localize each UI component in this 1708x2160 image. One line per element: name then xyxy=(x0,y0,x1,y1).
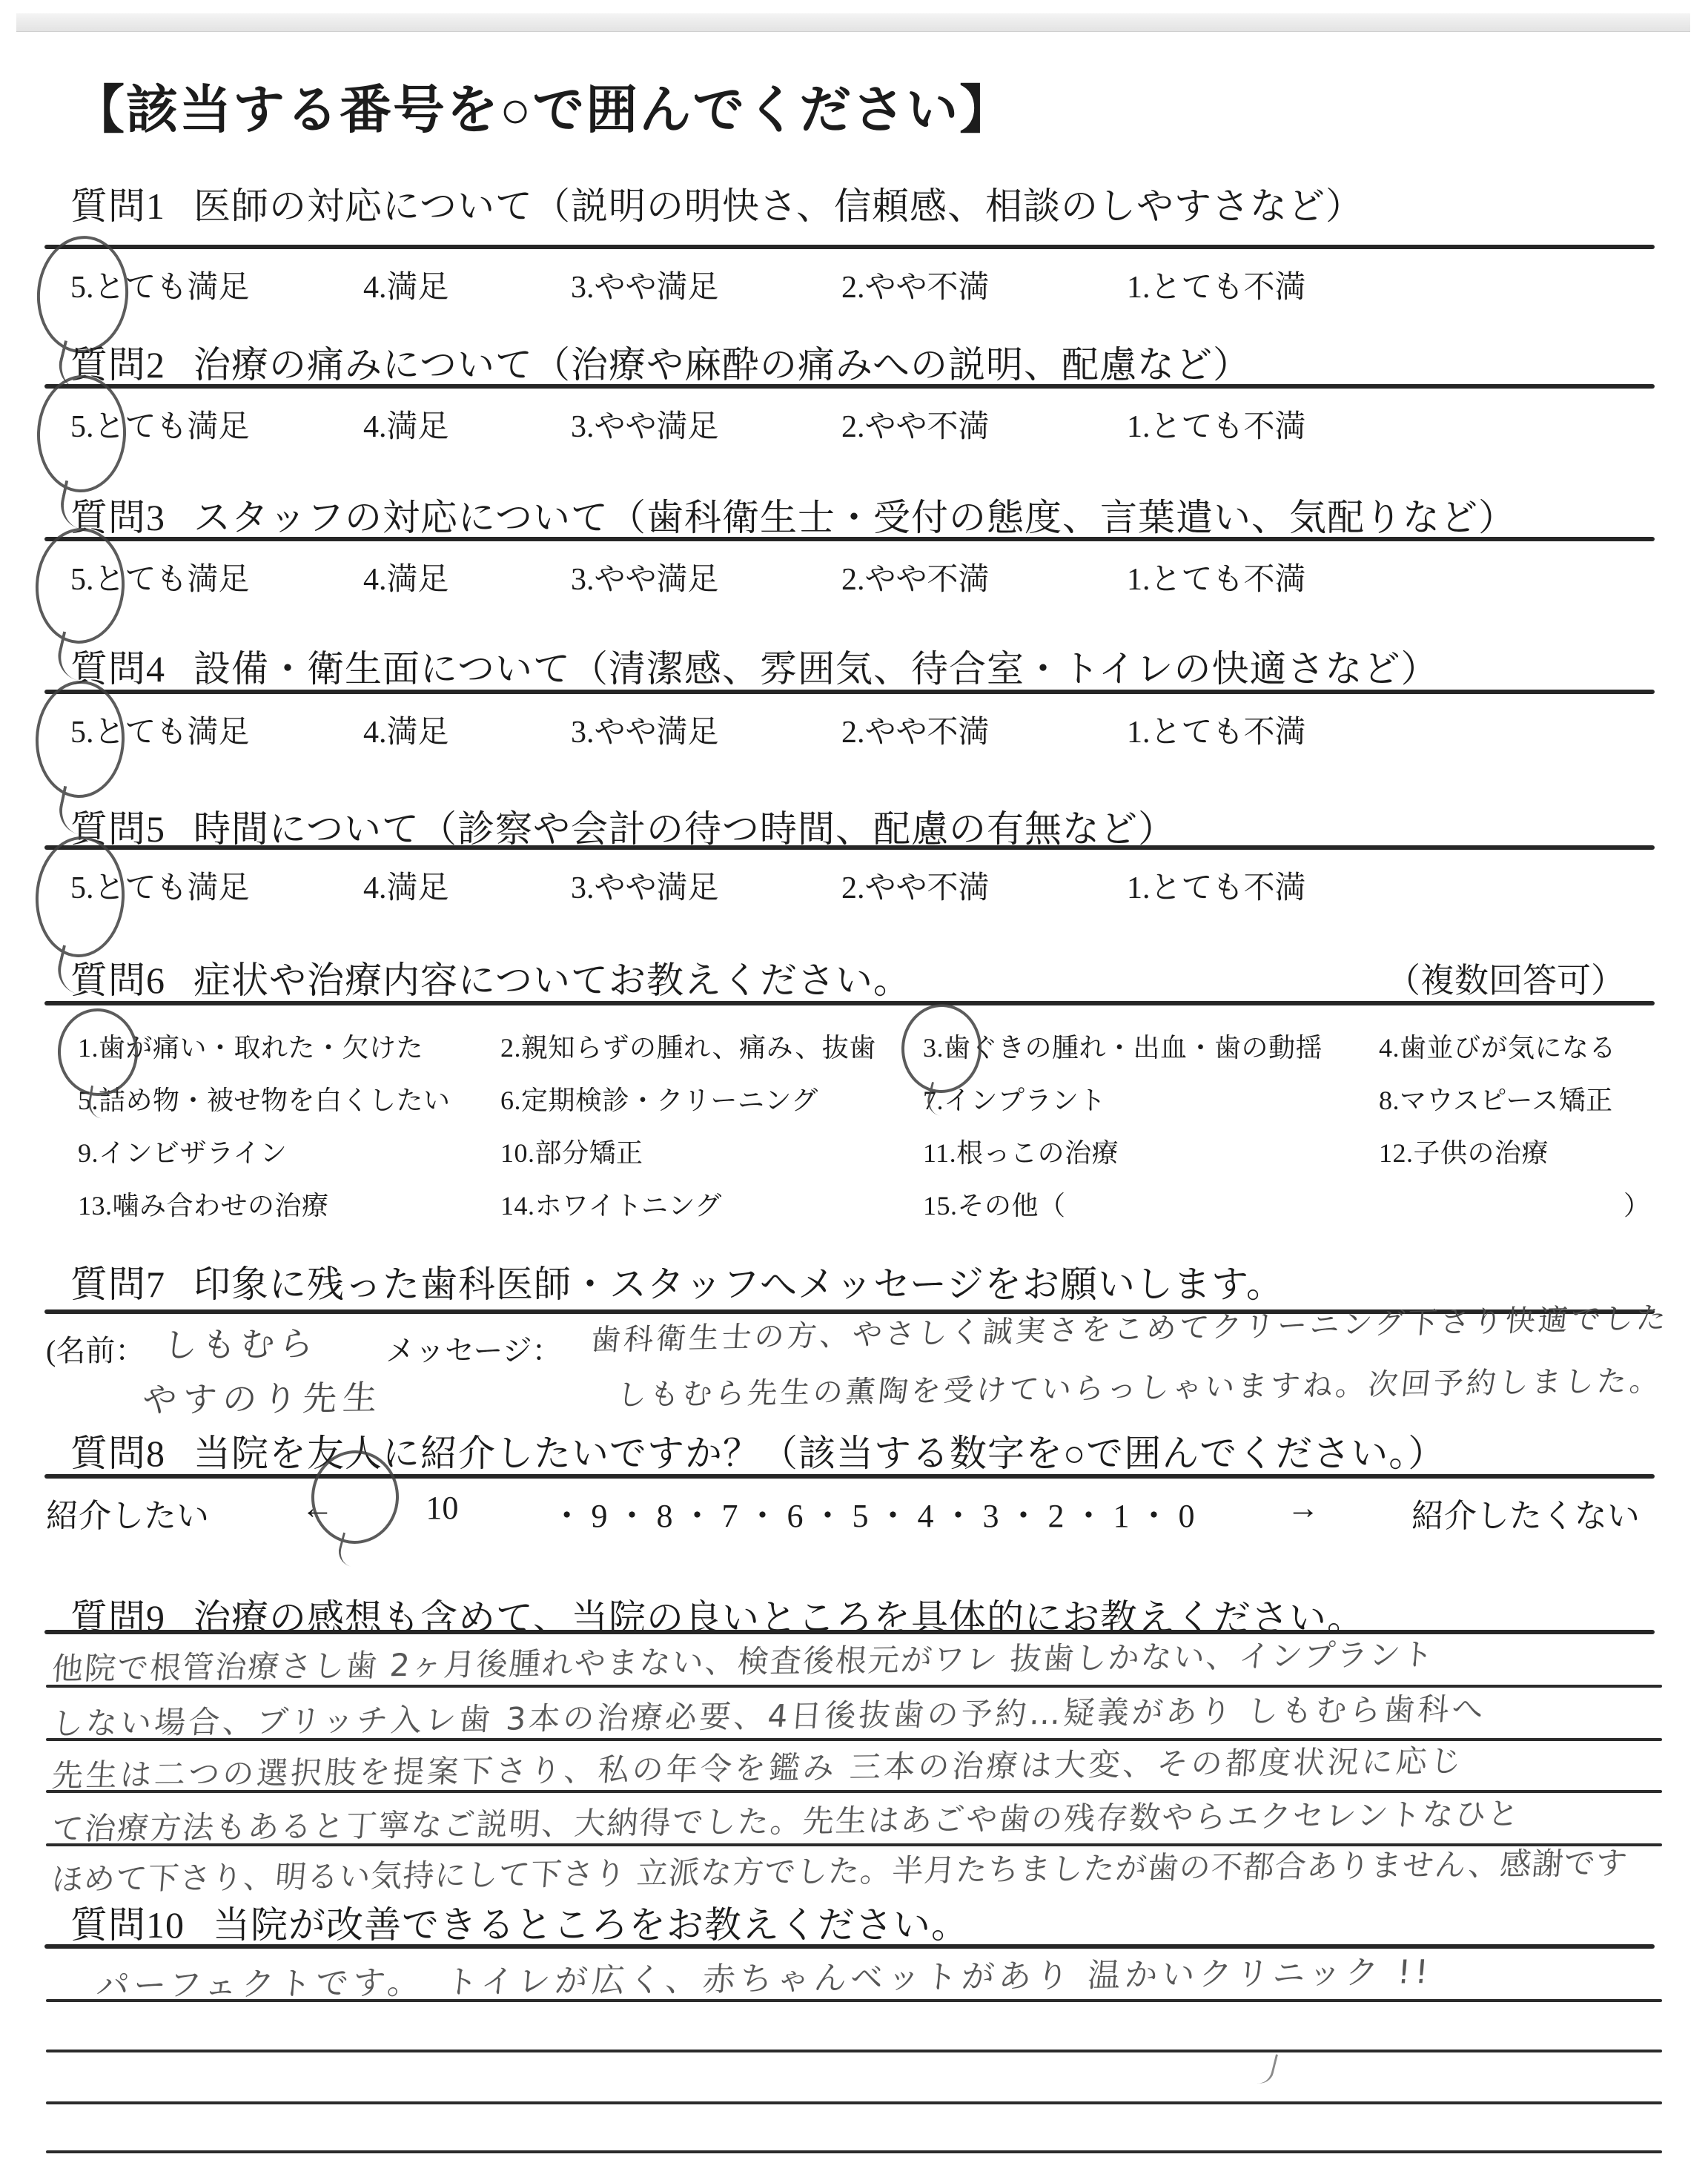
q9-answer-line-3: 先生は二つの選択肢を提案下さり、私の年令を鑑み 三本の治療は大変、その都度状況に… xyxy=(50,1737,1466,1796)
question-10-heading: 質問10当院が改善できるところをお教えください。 xyxy=(70,1895,969,1949)
q7-name-handwriting-line1: しもむら xyxy=(162,1317,320,1367)
question-1-text: 医師の対応について（説明の明快さ、信頼感、相談のしやすさなど） xyxy=(193,185,1363,227)
q9-answer-line-4: て治療方法もあると丁寧なご説明、大納得でした。先生はあごや歯の残存数やらエクセレ… xyxy=(50,1789,1522,1849)
question-4-option-2: 2.やや不満 xyxy=(841,707,990,752)
q8-scale-value-10: 10 xyxy=(426,1489,458,1536)
question-4-text: 設備・衛生面について（清潔感、雰囲気、待合室・トイレの快適さなど） xyxy=(193,648,1439,690)
q6-item-14: 14.ホワイトニング xyxy=(500,1185,722,1223)
q9-answer-line-2: しない場合、ブリッチ入レ歯 3本の治療必要、4日後抜歯の予約…疑義があり しもむ… xyxy=(50,1685,1488,1744)
question-2-heading: 質問2治療の痛みについて（治療や麻酔の痛みへの説明、配慮など） xyxy=(70,335,1251,389)
q8-scale-right-label: 紹介したくない xyxy=(1411,1489,1640,1536)
q6-item-15-close-paren: ） xyxy=(1623,1185,1651,1223)
question-3-heading: 質問3スタッフの対応について（歯科衛生士・受付の態度、言葉遣い、気配りなど） xyxy=(70,488,1516,541)
q6-item-5: 5.詰め物・被せ物を白くしたい xyxy=(78,1080,451,1117)
q7-message-label: メッセージ： xyxy=(385,1327,562,1370)
q7-name-label: (名前： xyxy=(46,1327,145,1370)
question-4-answer-circle xyxy=(33,679,126,799)
question-3-answer-circle xyxy=(33,526,128,646)
question-1-label: 質問1 xyxy=(70,185,165,227)
question-4-option-1: 1.とても不満 xyxy=(1127,707,1306,752)
question-3-option-3: 3.やや満足 xyxy=(571,555,719,599)
question-6-label: 質問6 xyxy=(70,960,165,1001)
q6-item-15: 15.その他（ xyxy=(923,1185,1066,1223)
question-5-rule xyxy=(44,845,1655,850)
q6-item-10: 10.部分矯正 xyxy=(500,1132,643,1170)
question-5-option-2: 2.やや不満 xyxy=(841,863,990,908)
stray-pen-mark xyxy=(1257,2051,1278,2086)
question-7-label: 質問7 xyxy=(70,1264,165,1305)
question-4-option-3: 3.やや満足 xyxy=(571,707,719,752)
question-7-heading: 質問7印象に残った歯科医師・スタッフへメッセージをお願いします。 xyxy=(70,1255,1284,1308)
question-10-label: 質問10 xyxy=(70,1904,185,1946)
question-2-answer-circle xyxy=(35,374,128,494)
q10-answer-line: パーフェクトです。 トイレが広く、赤ちゃんベットがあり 温かいクリニック !! xyxy=(95,1945,1434,2007)
question-3-option-2: 2.やや不満 xyxy=(841,555,990,599)
question-8-label: 質問8 xyxy=(70,1433,165,1474)
q8-recommend-scale: 紹介したい ← 10 ・ 9 ・ 8 ・ 7 ・ 6 ・ 5 ・ 4 ・ 3 ・… xyxy=(46,1489,1640,1536)
question-5-answer-circle xyxy=(33,834,128,960)
q8-right-arrow-icon: → xyxy=(1287,1489,1320,1536)
question-2-rule xyxy=(44,384,1655,389)
question-3-option-4: 4.満足 xyxy=(363,555,449,599)
question-5-option-3: 3.やや満足 xyxy=(571,863,719,908)
q10-writing-rule-3 xyxy=(46,2101,1662,2104)
question-3-text: スタッフの対応について（歯科衛生士・受付の態度、言葉遣い、気配りなど） xyxy=(193,497,1516,538)
q6-item-11: 11.根っこの治療 xyxy=(923,1132,1119,1170)
question-1-option-1: 1.とても不満 xyxy=(1127,262,1306,307)
question-5-option-4: 4.満足 xyxy=(363,863,449,908)
q6-item-13: 13.噛み合わせの治療 xyxy=(78,1185,329,1223)
q8-scale-left-label: 紹介したい xyxy=(46,1489,209,1536)
q8-scale-values-9-to-0: ・ 9 ・ 8 ・ 7 ・ 6 ・ 5 ・ 4 ・ 3 ・ 2 ・ 1 ・ 0 xyxy=(551,1489,1195,1536)
question-6-text: 症状や治療内容についてお教えください。 xyxy=(193,960,911,1001)
page-title: 【該当する番号を○で囲んでください】 xyxy=(73,68,1013,143)
question-8-heading: 質問8当院を友人に紹介したいですか？（該当する数字を○で囲んでください。） xyxy=(70,1424,1446,1477)
question-7-text: 印象に残った歯科医師・スタッフへメッセージをお願いします。 xyxy=(193,1264,1284,1305)
q6-item-8: 8.マウスピース矯正 xyxy=(1379,1080,1613,1117)
question-2-option-4: 4.満足 xyxy=(363,402,449,446)
question-1-option-4: 4.満足 xyxy=(363,262,449,307)
q6-item-2: 2.親知らずの腫れ、痛み、抜歯 xyxy=(500,1027,876,1065)
question-2-text: 治療の痛みについて（治療や麻酔の痛みへの説明、配慮など） xyxy=(193,344,1251,386)
q6-item-3: 3.歯ぐきの腫れ・出血・歯の動揺 xyxy=(923,1027,1323,1065)
q6-item-12: 12.子供の治療 xyxy=(1379,1132,1549,1170)
q6-item-9: 9.インビザライン xyxy=(78,1132,287,1170)
question-2-option-1: 1.とても不満 xyxy=(1127,402,1306,446)
question-6-note: （複数回答可） xyxy=(1386,954,1625,1003)
question-3-rule xyxy=(44,537,1655,541)
question-8-rule xyxy=(44,1474,1655,1479)
question-3-option-1: 1.とても不満 xyxy=(1127,555,1306,599)
question-10-text: 当院が改善できるところをお教えください。 xyxy=(213,1904,969,1946)
q10-writing-rule-1 xyxy=(46,1999,1662,2002)
q7-name-handwriting-line2: やすのり先生 xyxy=(141,1371,385,1422)
question-5-option-1: 1.とても不満 xyxy=(1127,863,1306,908)
question-1-heading: 質問1医師の対応について（説明の明快さ、信頼感、相談のしやすさなど） xyxy=(70,176,1363,230)
question-1-option-2: 2.やや不満 xyxy=(841,262,990,307)
scan-artifact-bar xyxy=(16,13,1690,32)
question-1-rule xyxy=(44,245,1655,249)
q9-answer-line-5: ほめて下さり、明るい気持にして下さり 立派な方でした。半月たちましたが歯の不都合… xyxy=(50,1839,1629,1900)
question-4-rule xyxy=(44,690,1655,694)
question-1-option-3: 3.やや満足 xyxy=(571,262,719,307)
question-5-text: 時間について（診察や会計の待つ時間、配慮の有無など） xyxy=(193,808,1176,850)
question-2-option-3: 3.やや満足 xyxy=(571,402,719,446)
q10-writing-rule-4 xyxy=(46,2150,1662,2153)
q6-item-6: 6.定期検診・クリーニング xyxy=(500,1080,818,1117)
question-6-heading: 質問6症状や治療内容についてお教えください。 xyxy=(70,951,911,1004)
question-4-heading: 質問4設備・衛生面について（清潔感、雰囲気、待合室・トイレの快適さなど） xyxy=(70,639,1439,693)
q6-item-4: 4.歯並びが気になる xyxy=(1379,1027,1616,1065)
question-4-option-4: 4.満足 xyxy=(363,707,449,752)
q10-writing-rule-2 xyxy=(46,2050,1662,2052)
question-6-rule xyxy=(44,1001,1655,1005)
q7-message-handwriting-line2: しもむら先生の薫陶を受けていらっしゃいますね。次回予約しました。 xyxy=(615,1357,1664,1414)
survey-scan-page: 【該当する番号を○で囲んでください】 質問1医師の対応について（説明の明快さ、信… xyxy=(0,0,1708,2160)
question-2-option-2: 2.やや不満 xyxy=(841,402,990,446)
